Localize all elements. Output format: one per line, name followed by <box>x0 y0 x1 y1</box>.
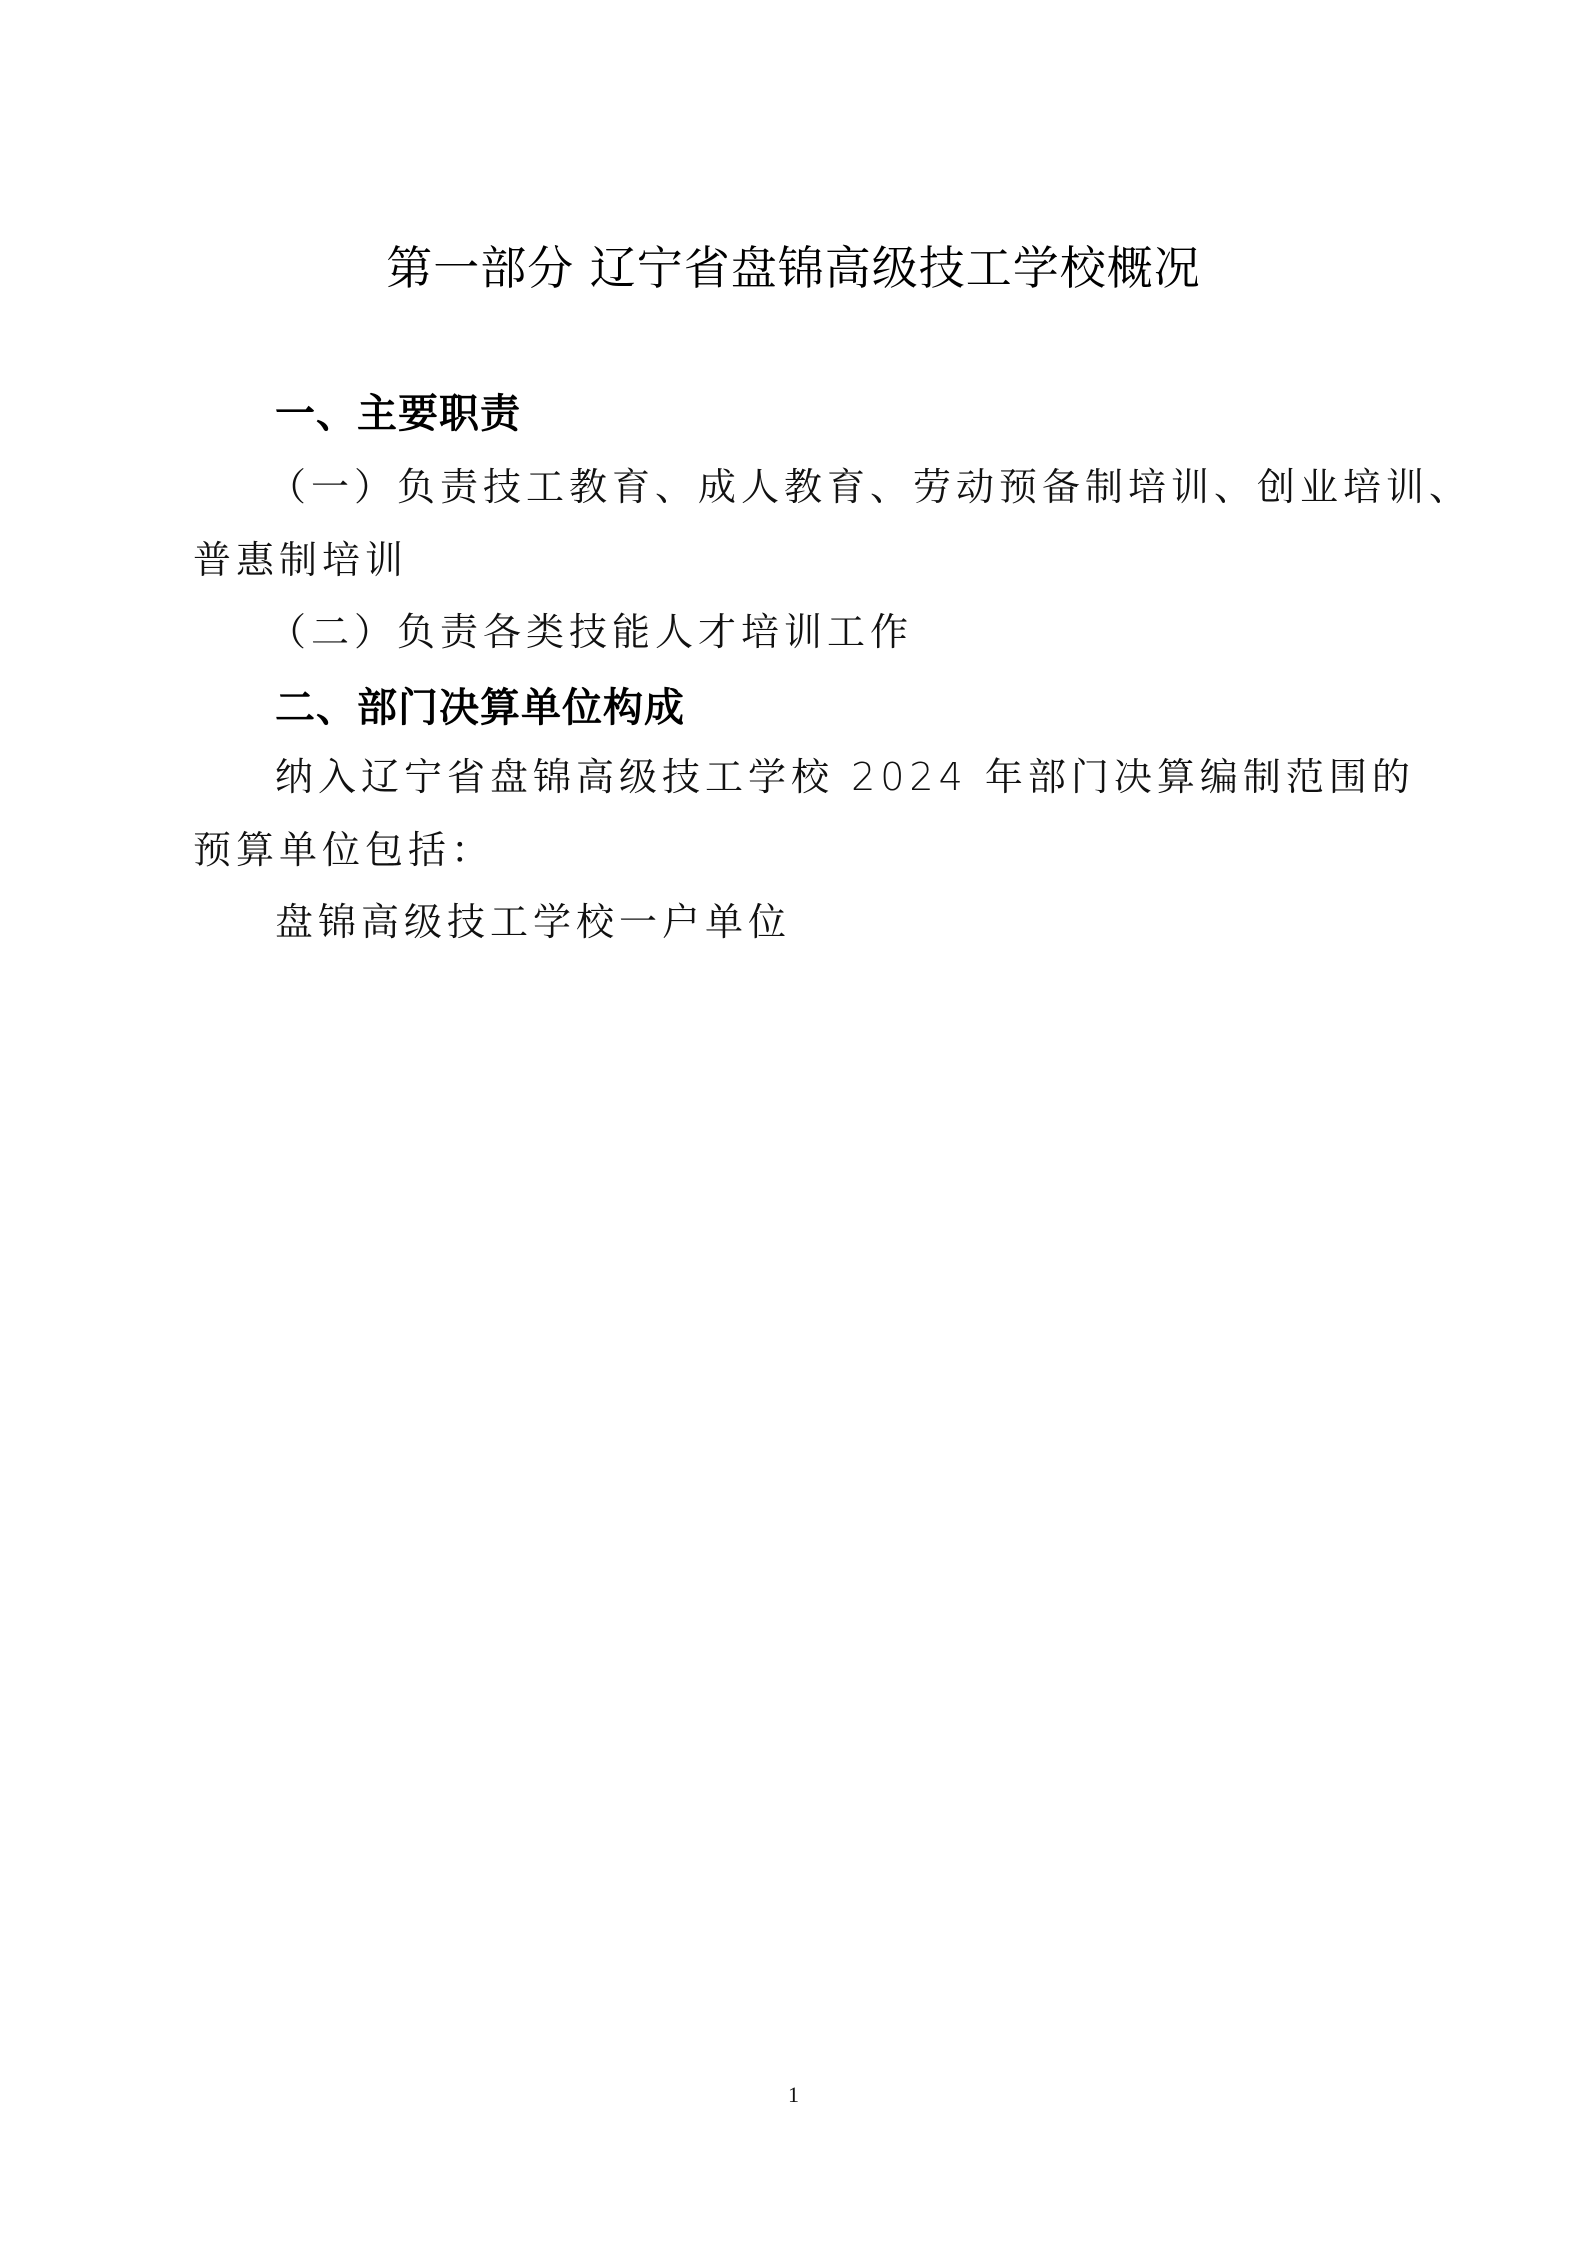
section-heading-duties: 一、主要职责 <box>275 388 521 440</box>
paragraph-duty-1-cont: 普惠制培训 <box>193 535 408 585</box>
paragraph-duty-2: （二）负责各类技能人才培训工作 <box>268 607 913 657</box>
page-number: 1 <box>0 2082 1587 2108</box>
paragraph-units-1: 纳入辽宁省盘锦高级技工学校 2024 年部门决算编制范围的 <box>275 752 1415 802</box>
document-page: 第一部分 辽宁省盘锦高级技工学校概况 一、主要职责 （一）负责技工教育、成人教育… <box>0 0 1587 2245</box>
section-heading-units: 二、部门决算单位构成 <box>275 682 685 734</box>
page-title: 第一部分 辽宁省盘锦高级技工学校概况 <box>0 238 1587 298</box>
paragraph-units-2: 盘锦高级技工学校一户单位 <box>275 897 791 947</box>
paragraph-duty-1: （一）负责技工教育、成人教育、劳动预备制培训、创业培训、 <box>268 462 1472 512</box>
paragraph-units-1-cont: 预算单位包括： <box>193 825 494 875</box>
